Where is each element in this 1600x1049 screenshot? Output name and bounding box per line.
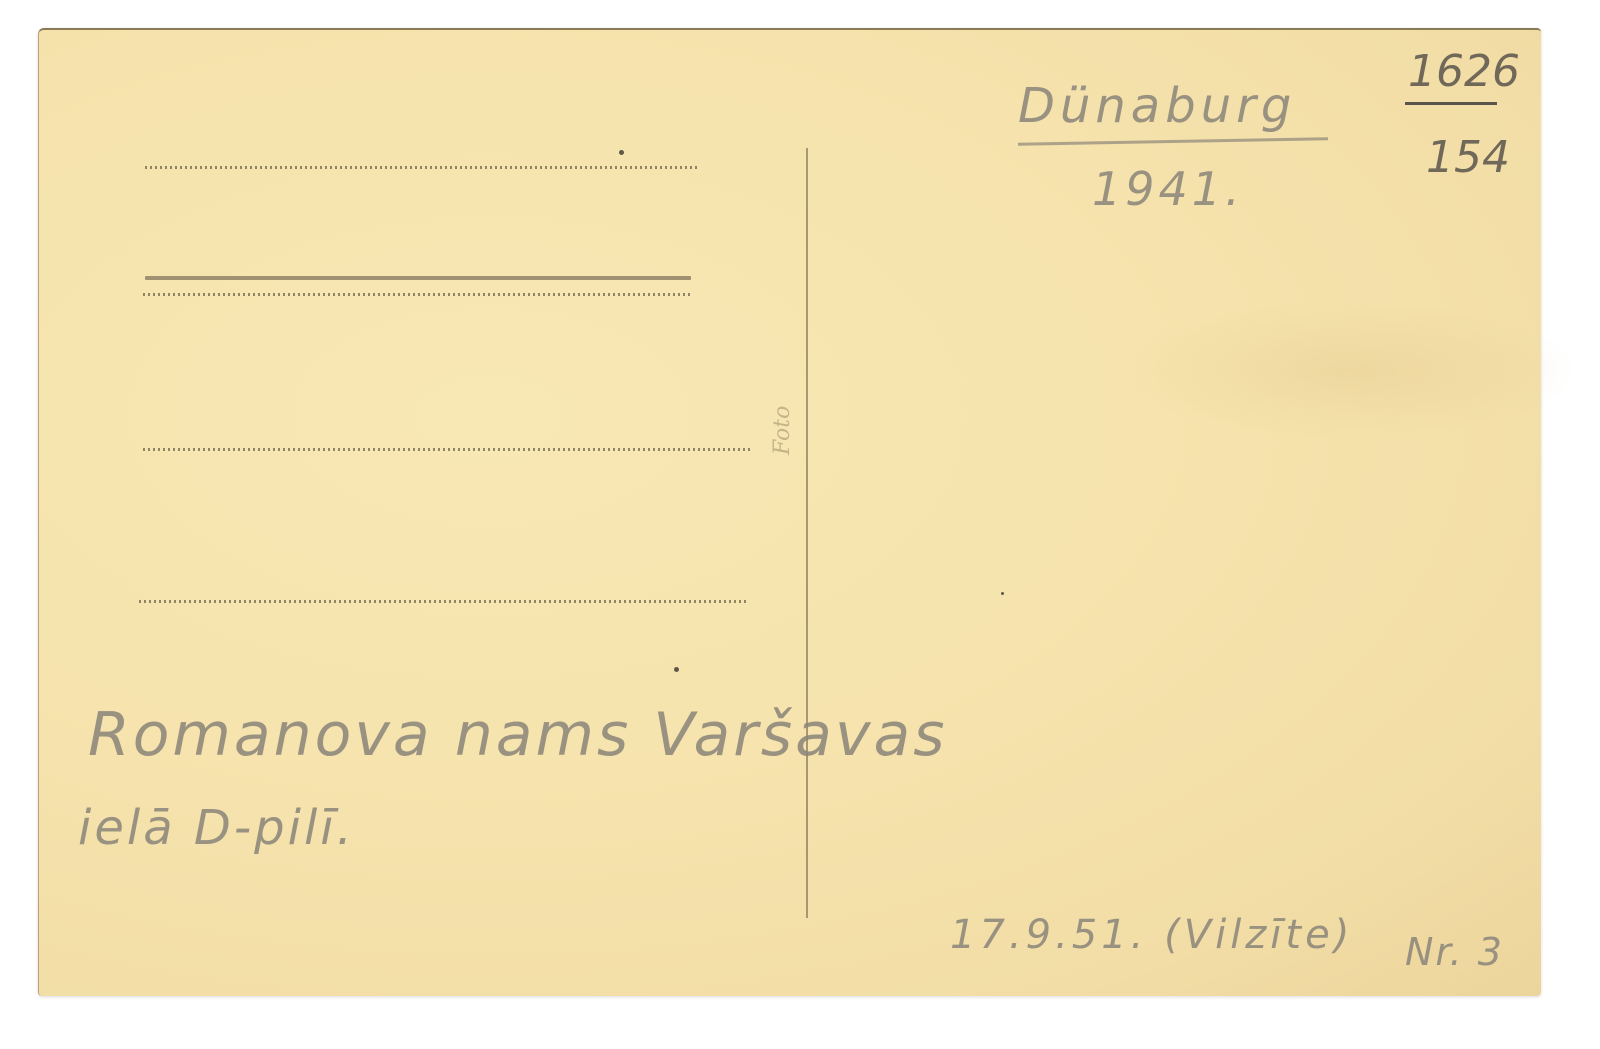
vertical-divider [806, 148, 808, 918]
caption-line-1: Romanova nams Varšavas [88, 700, 947, 770]
paper-stain [1119, 300, 1579, 440]
address-rule [145, 276, 691, 280]
printer-mark: Foto [770, 406, 795, 455]
place-annotation: Dünaburg [1018, 78, 1296, 134]
address-line-1 [145, 166, 697, 169]
address-line-2 [143, 293, 693, 296]
caption-line-2: ielā D-pilī. [78, 800, 355, 856]
year-annotation: 1941. [1092, 162, 1244, 216]
ink-speck [619, 150, 624, 155]
address-line-3 [143, 448, 751, 451]
date-note: 17.9.51. (Vilzīte) [950, 912, 1353, 958]
ink-speck [674, 667, 679, 672]
address-line-4 [139, 600, 749, 603]
inventory-number: 1626 [1408, 46, 1520, 97]
inventory-underline [1405, 102, 1497, 105]
item-number: Nr. 3 [1405, 930, 1504, 974]
secondary-number: 154 [1426, 132, 1510, 183]
ink-speck [1001, 592, 1004, 595]
